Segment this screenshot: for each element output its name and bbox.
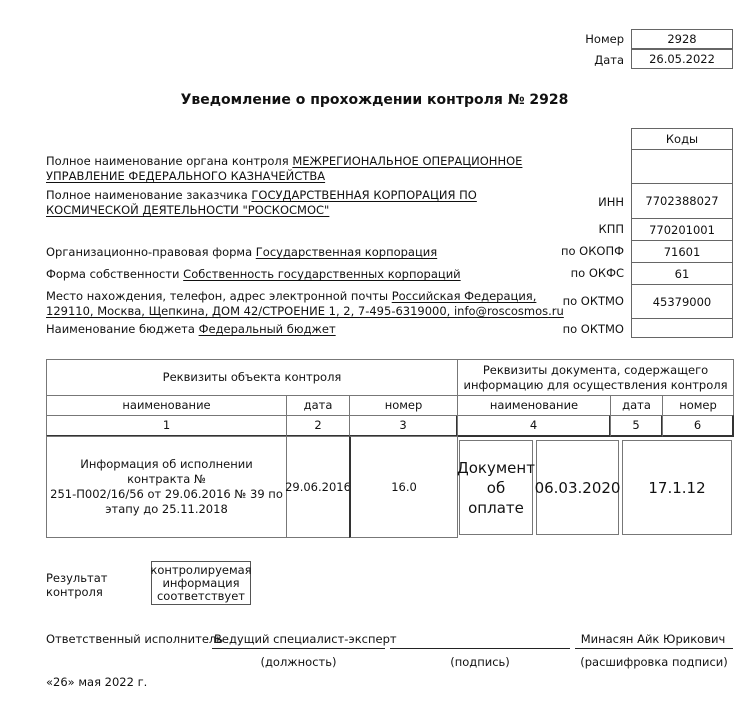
oktmo2-label: по ОКТМО [563, 322, 624, 336]
budget-value: Федеральный бюджет [199, 322, 336, 336]
control-body-value-2: УПРАВЛЕНИЕ ФЕДЕРАЛЬНОГО КАЗНАЧЕЙСТВА [46, 169, 325, 183]
responsible-label: Ответственный исполнитель [46, 632, 223, 646]
group1-header: Реквизиты объекта контроля [46, 359, 458, 396]
position-caption: (должность) [212, 655, 385, 669]
location-value-2: 129110, Москва, Щепкина, ДОМ 42/СТРОЕНИЕ… [46, 304, 564, 318]
col-number-5: 5 [610, 415, 663, 437]
position-line [212, 648, 385, 649]
legal-form-field: Организационно-правовая форма Государств… [46, 245, 437, 260]
col-header-object-name: наименование [46, 395, 287, 416]
oktmo2-value [631, 318, 733, 338]
position-value: Ведущий специалист-эксперт [214, 632, 397, 646]
location-value-1: Российская Федерация, [392, 289, 537, 303]
okfs-value: 61 [631, 262, 733, 285]
result-value: контролируемая информация соответствует [151, 561, 251, 605]
okopf-label: по ОКОПФ [561, 244, 624, 258]
date-label: Дата [594, 53, 624, 67]
inn-value: 7702388027 [631, 183, 733, 219]
ownership-field: Форма собственности Собственность госуда… [46, 267, 461, 282]
codes-header: Коды [631, 128, 733, 150]
col-number-3: 3 [349, 415, 458, 437]
page-title: Уведомление о прохождении контроля № 292… [0, 92, 749, 108]
codes-empty [631, 149, 733, 184]
result-label: Результат контроля [46, 571, 108, 599]
col-header-object-date: дата [286, 395, 350, 416]
ownership-label: Форма собственности [46, 267, 180, 281]
col-number-2: 2 [286, 415, 350, 437]
budget-field: Наименование бюджета Федеральный бюджет [46, 322, 336, 337]
customer-value-2: КОСМИЧЕСКОЙ ДЕЯТЕЛЬНОСТИ "РОСКОСМОС" [46, 203, 329, 217]
object-name-cell: Информация об исполнении контракта № 251… [46, 436, 287, 538]
oktmo-label: по ОКТМО [563, 294, 624, 308]
ownership-value: Собственность государственных корпораций [183, 267, 460, 281]
control-body-label: Полное наименование органа контроля [46, 154, 289, 168]
control-body-value-1: МЕЖРЕГИОНАЛЬНОЕ ОПЕРАЦИОННОЕ [292, 154, 522, 168]
kpp-value: 770201001 [631, 218, 733, 241]
oktmo-value: 45379000 [631, 284, 733, 319]
number-label: Номер [585, 32, 624, 46]
signature-caption: (подпись) [390, 655, 570, 669]
inn-label: ИНН [598, 195, 624, 209]
col-number-6: 6 [662, 415, 734, 437]
object-number-cell: 16.0 [349, 436, 458, 538]
object-date-cell: 29.06.2016 [286, 436, 350, 538]
name-caption: (расшифровка подписи) [575, 655, 733, 669]
number-value: 2928 [631, 29, 733, 49]
doc-number-cell: 17.1.12 [622, 440, 732, 535]
customer-field: Полное наименование заказчика ГОСУДАРСТВ… [46, 188, 477, 218]
doc-name-cell: Документ об оплате [459, 440, 533, 535]
kpp-label: КПП [599, 222, 624, 236]
legal-form-label: Организационно-правовая форма [46, 245, 252, 259]
col-header-doc-date: дата [610, 395, 663, 416]
col-number-4: 4 [457, 415, 611, 437]
date-value: 26.05.2022 [631, 49, 733, 69]
col-header-doc-number: номер [662, 395, 734, 416]
okfs-label: по ОКФС [571, 266, 624, 280]
budget-label: Наименование бюджета [46, 322, 195, 336]
control-body-field: Полное наименование органа контроля МЕЖР… [46, 154, 522, 184]
col-header-object-number: номер [349, 395, 458, 416]
doc-date-cell: 06.03.2020 [536, 440, 619, 535]
group2-header: Реквизиты документа, содержащего информа… [457, 359, 734, 396]
col-number-1: 1 [46, 415, 287, 437]
location-label: Место нахождения, телефон, адрес электро… [46, 289, 388, 303]
document-date: «26» мая 2022 г. [46, 675, 147, 689]
name-line [575, 648, 733, 649]
okopf-value: 71601 [631, 240, 733, 263]
customer-label: Полное наименование заказчика [46, 188, 248, 202]
customer-value-1: ГОСУДАРСТВЕННАЯ КОРПОРАЦИЯ ПО [251, 188, 476, 202]
name-value: Минасян Айк Юрикович [575, 632, 731, 646]
signature-line [390, 648, 570, 649]
legal-form-value: Государственная корпорация [256, 245, 437, 259]
col-header-doc-name: наименование [457, 395, 611, 416]
location-field: Место нахождения, телефон, адрес электро… [46, 289, 564, 319]
